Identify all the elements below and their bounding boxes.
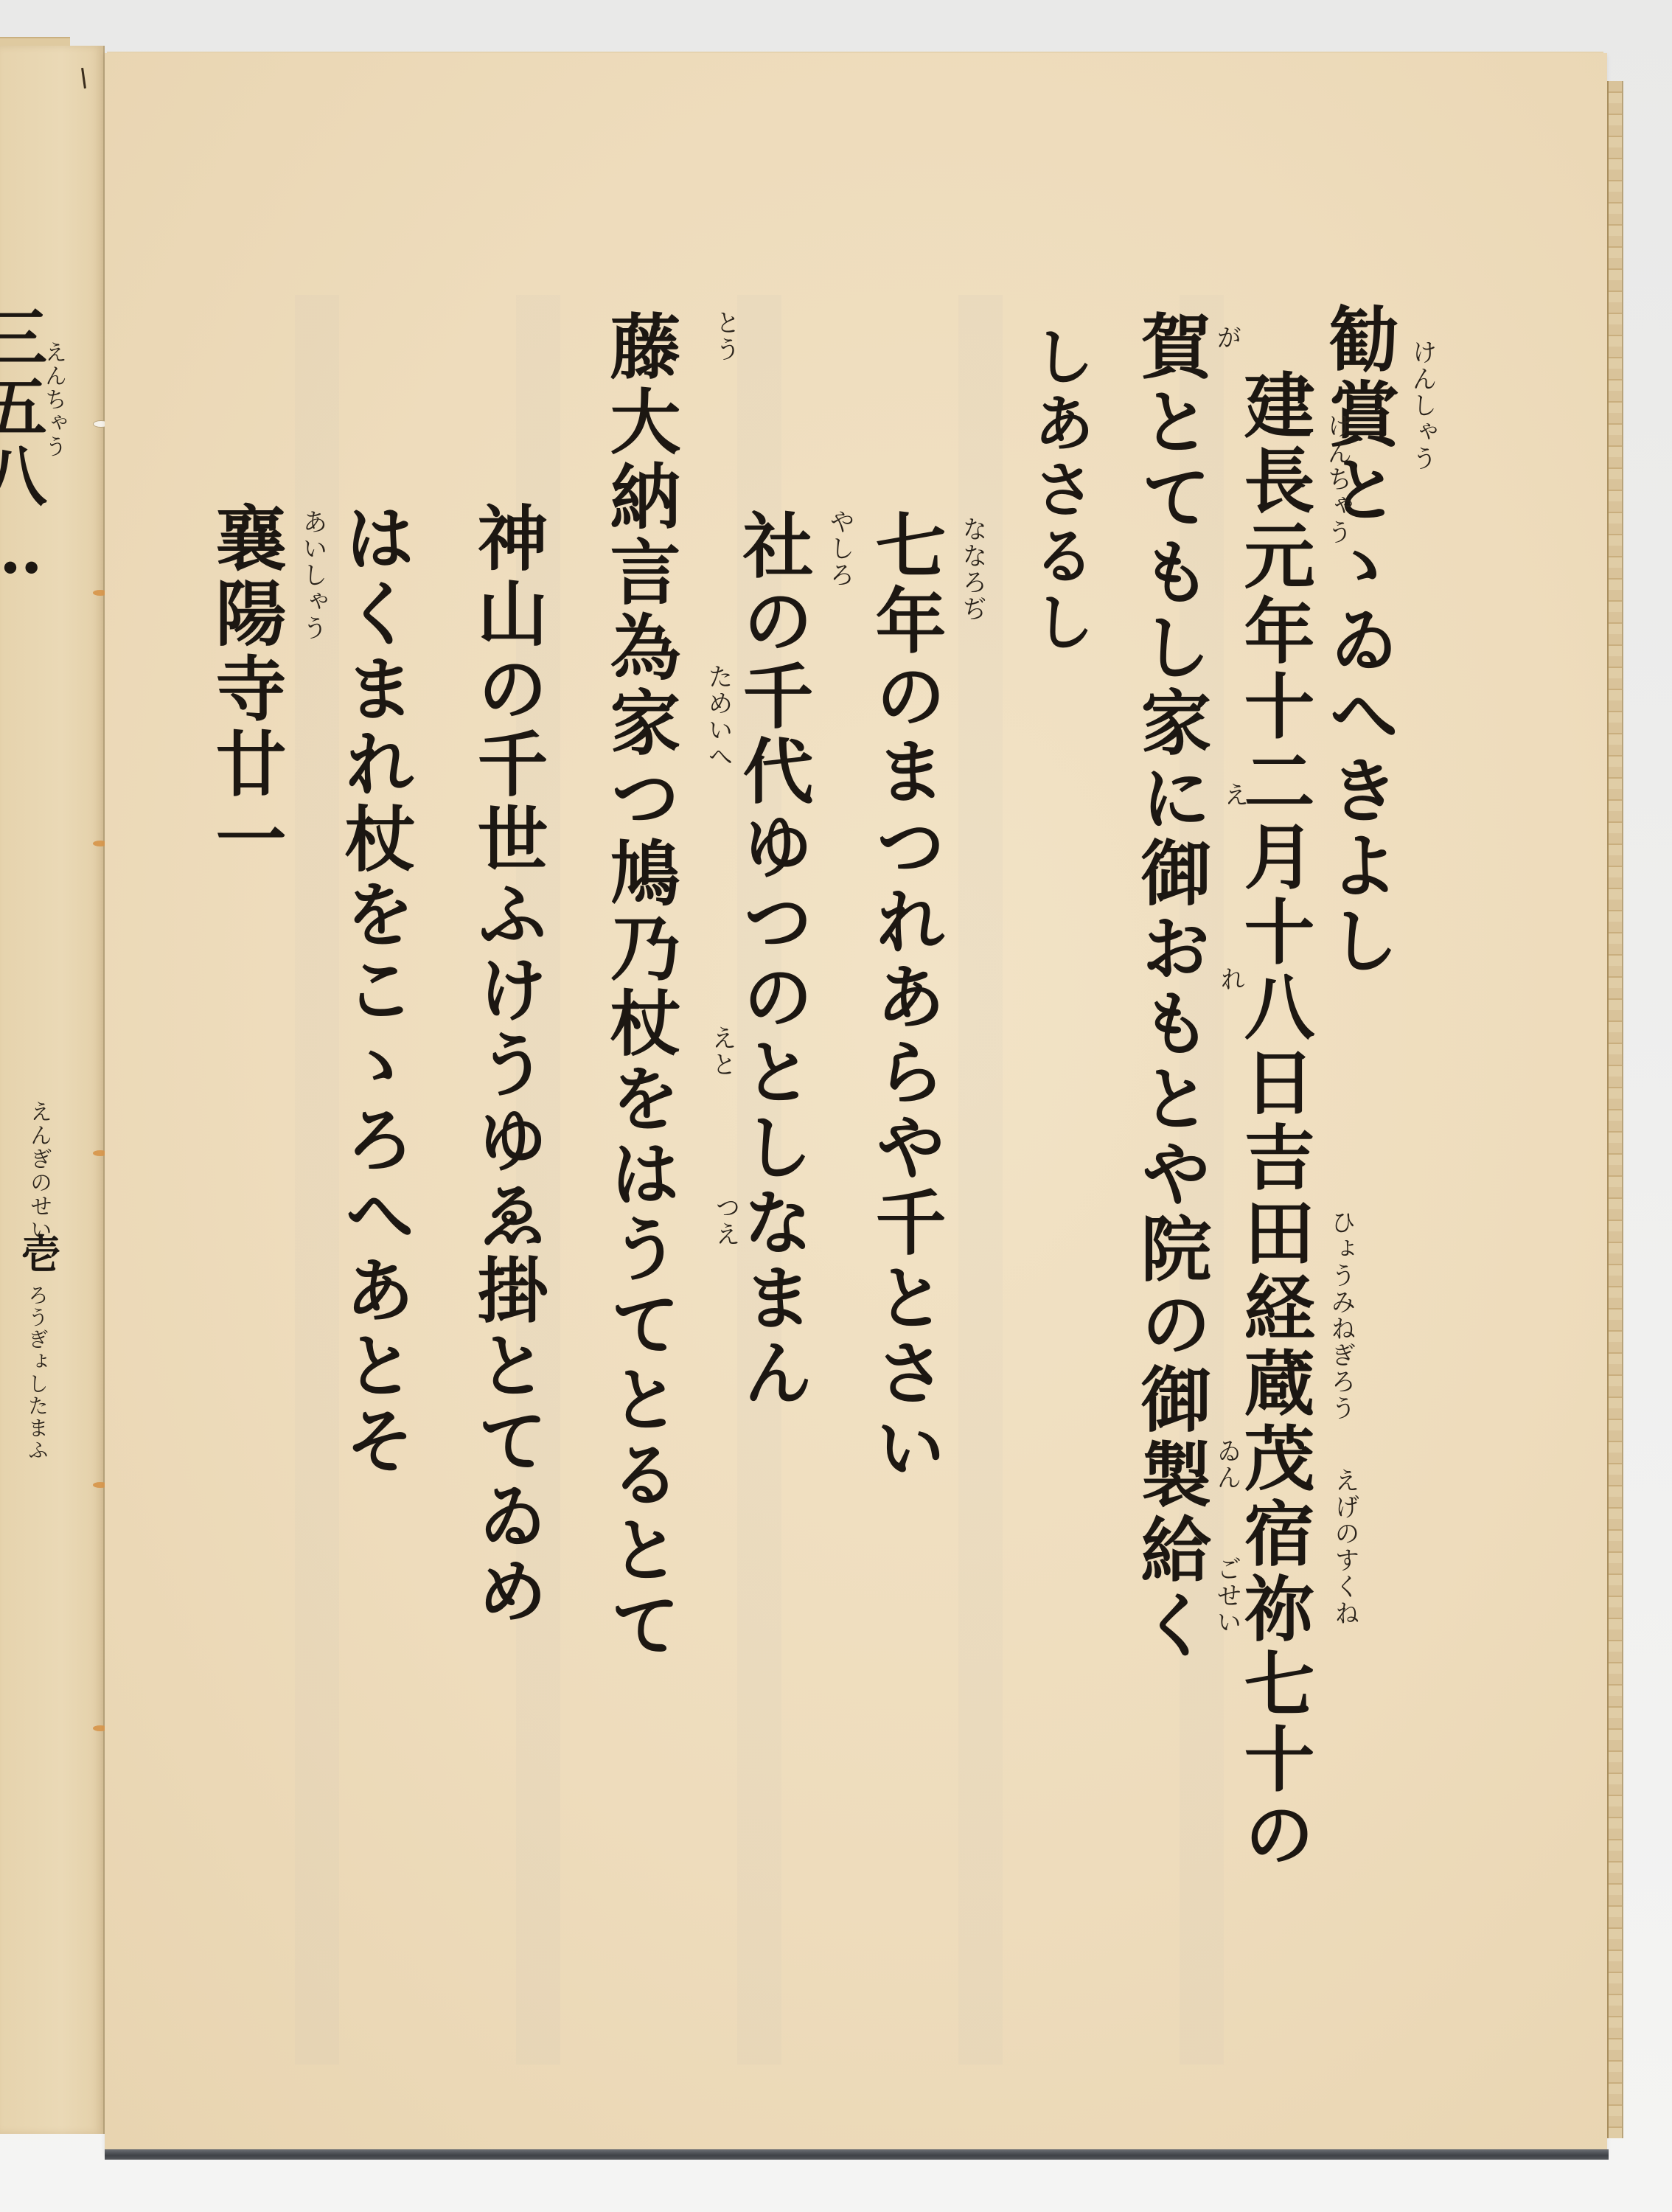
ruby-column-5: ななろぢ [955, 516, 991, 622]
ruby-column-2c: えげのすくね [1327, 1467, 1363, 1627]
text-column-5: 七年のまつれあらや千とさい [870, 509, 941, 1486]
text-column-7: 藤大納言為家つ鳩乃杖をはうてとるとて [605, 310, 675, 1663]
left-page: 三五八… えんちゃう えんぎのせい 壱 ろうぎょしたまふ [0, 46, 105, 2134]
ruby-column-10: あいしゃう [295, 509, 331, 641]
ruby-column-1: けんしゃう [1404, 339, 1441, 472]
page-stack-right-edge [1607, 81, 1623, 2138]
text-column-10: 襄陽寺廿一 [210, 501, 281, 877]
text-column-1: 勧賞とゝゐへきよし [1323, 302, 1394, 979]
ruby-column-2a: けんちゃう [1320, 413, 1356, 546]
ruby-column-3a: が [1209, 324, 1245, 351]
text-column-2: 建長元年十二月十八日吉田経蔵茂宿祢七十の [1239, 369, 1309, 1873]
ruby-column-2b: ひょうみねぎろう [1323, 1209, 1359, 1422]
ruby-column-7b: ためいへ [700, 664, 736, 770]
left-page-mark [81, 68, 86, 88]
ruby-column-3b: え [1216, 782, 1253, 808]
ruby-column-7d: つえ [708, 1194, 744, 1248]
book-cover-bottom-edge [105, 2149, 1609, 2160]
ruby-column-7c: えと [704, 1025, 740, 1078]
left-page-ruby-1: えんちゃう [37, 341, 69, 459]
ruby-column-3d: ゐん [1209, 1438, 1245, 1491]
text-column-6: 社の千代ゆつのとしなまん [737, 509, 808, 1411]
ruby-column-6: やしろ [822, 509, 858, 588]
ruby-column-3c: れ [1213, 966, 1249, 992]
text-column-3: 賀とてもし家に御おもとや院の御製給く [1135, 310, 1206, 1663]
ruby-column-7a: とう [708, 310, 744, 363]
text-column-8: 神山の千世ふけうゆゑ掛とてゐめ [472, 501, 543, 1630]
ruby-column-3e: ごせい [1209, 1556, 1245, 1635]
left-page-ruby-2: えんぎのせい [22, 1100, 55, 1242]
text-column-4: しあさるし [1028, 324, 1090, 656]
left-page-ruby-3: ろうぎょしたまふ [22, 1284, 52, 1461]
text-column-9: はくまれ杖をこゝろへあとそ [339, 501, 410, 1479]
left-page-column-3: 壱 [18, 1233, 58, 1277]
